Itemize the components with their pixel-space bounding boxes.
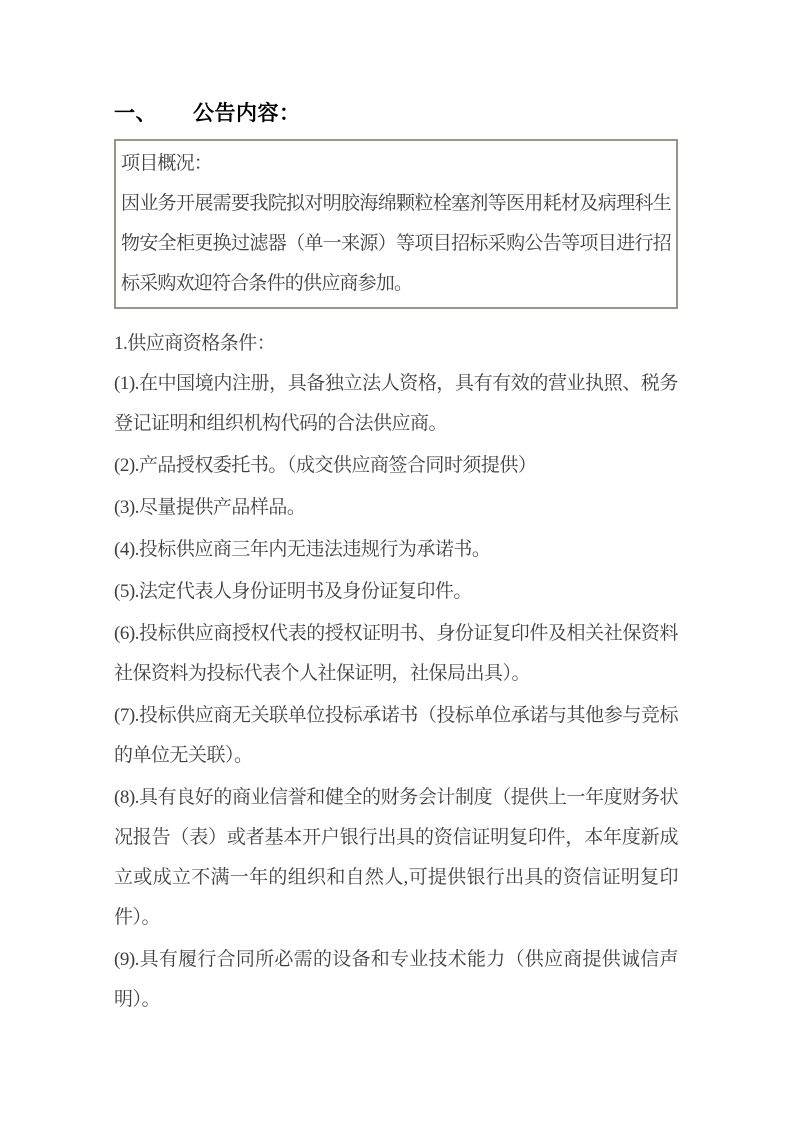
announcement-page: 一、公告内容： 项目概况： 因业务开展需要我院拟对明胶海绵颗粒栓塞剂等医用耗材及… — [114, 100, 678, 1022]
section-number: 一、 — [114, 102, 157, 125]
qualification-item-6: (6).投标供应商授权代表的授权证明书、身份证复印件及相关社保资料社保资料为投标… — [114, 614, 678, 694]
qualification-item-9: (9).具有履行合同所必需的设备和专业技术能力（供应商提供诚信声明）。 — [114, 940, 678, 1020]
qualification-item-1: (1).在中国境内注册，具备独立法人资格，具有有效的营业执照、税务登记证明和组织… — [114, 364, 678, 444]
qualification-item-7: (7).投标供应商无关联单位投标承诺书（投标单位承诺与其他参与竞标的单位无关联）… — [114, 696, 678, 776]
section-title: 一、公告内容： — [114, 100, 678, 127]
qualification-item-4: (4).投标供应商三年内无违法违规行为承诺书。 — [114, 530, 678, 570]
qualification-item-2: (2).产品授权委托书。（成交供应商签合同时须提供） — [114, 446, 678, 486]
project-overview-box: 项目概况： 因业务开展需要我院拟对明胶海绵颗粒栓塞剂等医用耗材及病理科生物安全柜… — [114, 139, 678, 309]
qualification-item-8: (8).具有良好的商业信誉和健全的财务会计制度（提供上一年度财务状况报告（表）或… — [114, 778, 678, 938]
overview-heading: 项目概况： — [121, 144, 671, 184]
section-title-text: 公告内容： — [193, 102, 301, 125]
qualification-item-5: (5).法定代表人身份证明书及身份证复印件。 — [114, 572, 678, 612]
qualification-item-3: (3).尽量提供产品样品。 — [114, 488, 678, 528]
qualifications-heading: 1.供应商资格条件： — [114, 324, 678, 364]
overview-body: 因业务开展需要我院拟对明胶海绵颗粒栓塞剂等医用耗材及病理科生物安全柜更换过滤器（… — [121, 184, 671, 304]
